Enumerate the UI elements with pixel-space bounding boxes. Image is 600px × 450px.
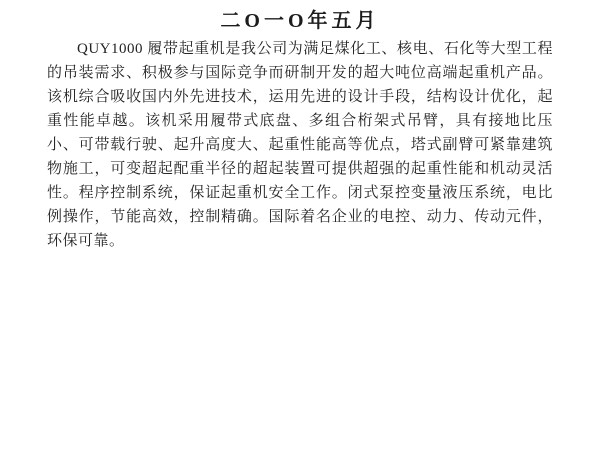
document-title: 二O一O年五月 — [0, 0, 600, 33]
document-page: 二O一O年五月 QUY1000 履带起重机是我公司为满足煤化工、核电、石化等大型… — [0, 0, 600, 450]
document-paragraph: QUY1000 履带起重机是我公司为满足煤化工、核电、石化等大型工程的吊装需求、… — [0, 37, 600, 253]
